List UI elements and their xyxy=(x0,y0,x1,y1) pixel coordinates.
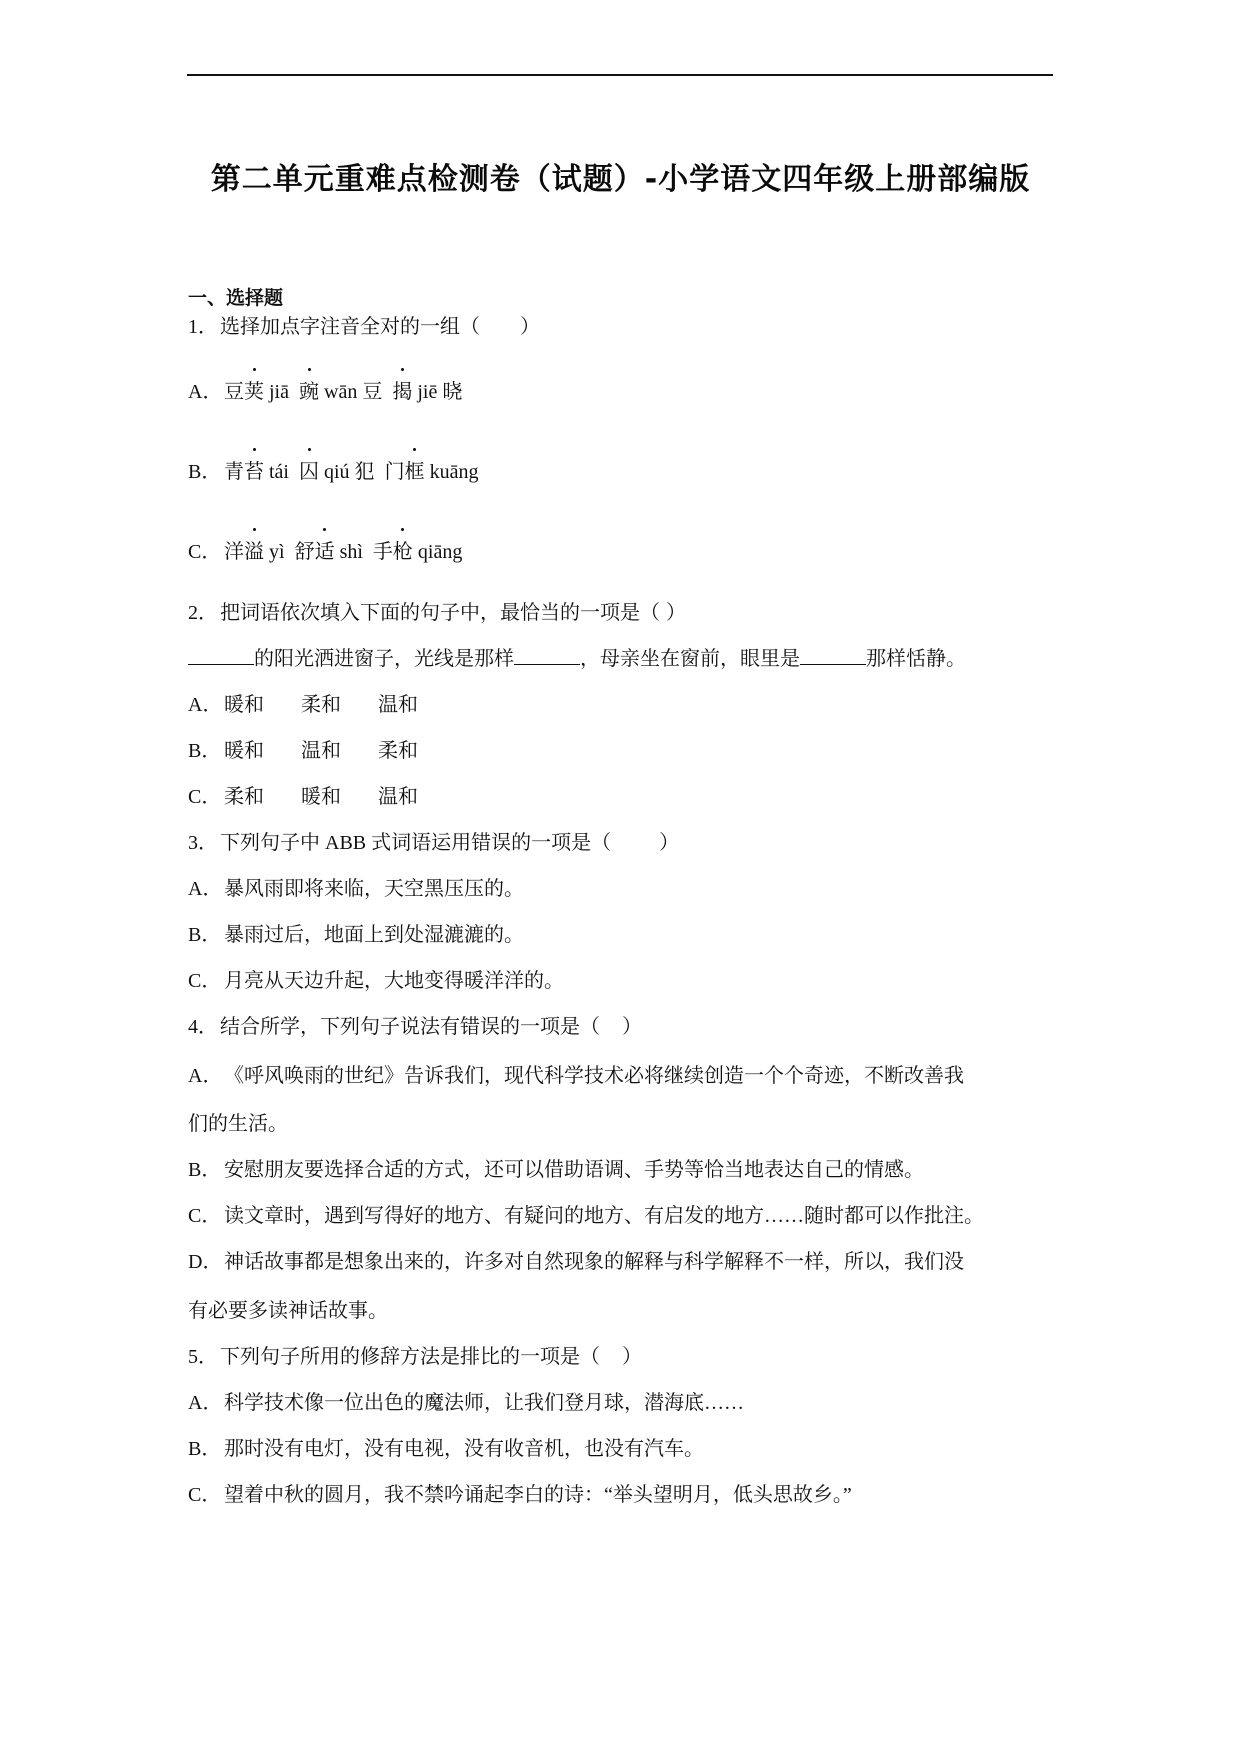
option-label: A． xyxy=(188,1389,224,1417)
option-label: C． xyxy=(188,1202,224,1230)
question-text: 下列句子所用的修辞方法是排比的一项是（ xyxy=(220,1346,600,1368)
question-3-option-c: C．月亮从天边升起，大地变得暖洋洋的。 xyxy=(188,967,564,995)
emphasis-dot-char: 囚 xyxy=(299,458,319,486)
option-label: A． xyxy=(188,875,224,903)
question-4-option-d: D．神话故事都是想象出来的，许多对自然现象的解释与科学解释不一样，所以，我们没 xyxy=(188,1248,964,1276)
option-label: B． xyxy=(188,1435,224,1463)
question-1-option-b: B．青苔 tái 囚 qiú 犯 门框 kuāng xyxy=(188,458,478,486)
question-1-option-c: C．洋溢 yì 舒适 shì 手枪 qiāng xyxy=(188,538,462,566)
question-5-stem: 5．下列句子所用的修辞方法是排比的一项是（） xyxy=(188,1343,642,1371)
question-number: 1． xyxy=(188,313,220,341)
question-2-option-a: A．暖和柔和温和 xyxy=(188,691,455,719)
question-4-option-a-continuation: 们的生活。 xyxy=(188,1110,288,1138)
question-1-stem: 1．选择加点字注音全对的一组（） xyxy=(188,313,540,341)
question-4-option-d-continuation: 有必要多读神话故事。 xyxy=(188,1297,388,1325)
emphasis-dot-char: 枪 xyxy=(393,538,413,566)
option-label: D． xyxy=(188,1248,224,1276)
option-label: A． xyxy=(188,378,224,406)
question-2-stem: 2．把词语依次填入下面的句子中，最恰当的一项是（） xyxy=(188,599,686,627)
fill-blank-1[interactable] xyxy=(188,646,254,665)
question-number: 2． xyxy=(188,599,220,627)
question-3-option-b: B．暴雨过后，地面上到处湿漉漉的。 xyxy=(188,921,524,949)
emphasis-dot-char: 溢 xyxy=(244,538,264,566)
question-text: 结合所学，下列句子说法有错误的一项是（ xyxy=(220,1016,600,1038)
question-3-option-a: A．暴风雨即将来临，天空黑压压的。 xyxy=(188,875,524,903)
question-4-stem: 4．结合所学，下列句子说法有错误的一项是（） xyxy=(188,1013,642,1041)
question-5-option-a: A．科学技术像一位出色的魔法师，让我们登月球，潜海底…… xyxy=(188,1389,744,1417)
question-2-sentence: 的阳光洒进窗子，光线是那样，母亲坐在窗前，眼里是那样恬静。 xyxy=(188,645,966,673)
question-text: 下列句子中 ABB 式词语运用错误的一项是（ xyxy=(220,832,611,854)
option-label: B． xyxy=(188,458,224,486)
option-label: B． xyxy=(188,737,224,765)
emphasis-dot-char: 框 xyxy=(405,458,425,486)
fill-blank-2[interactable] xyxy=(514,646,580,665)
option-label: B． xyxy=(188,921,224,949)
emphasis-dot-char: 揭 xyxy=(392,378,412,406)
emphasis-dot-char: 豌 xyxy=(299,378,319,406)
header-rule xyxy=(187,74,1053,76)
option-label: C． xyxy=(188,1481,224,1509)
option-label: A． xyxy=(188,691,224,719)
question-number: 3． xyxy=(188,829,220,857)
question-text: 选择加点字注音全对的一组（ xyxy=(220,316,480,338)
question-1-option-a: A．豆荚 jiā 豌 wān 豆 揭 jiē 晓 xyxy=(188,378,462,406)
option-label: A． xyxy=(188,1062,224,1090)
question-number: 5． xyxy=(188,1343,220,1371)
emphasis-dot-char: 荚 xyxy=(244,378,264,406)
section-heading: 一、选择题 xyxy=(188,285,283,311)
option-label: C． xyxy=(188,967,224,995)
question-4-option-b: B．安慰朋友要选择合适的方式，还可以借助语调、手势等恰当地表达自己的情感。 xyxy=(188,1156,924,1184)
question-text: 把词语依次填入下面的句子中，最恰当的一项是（ xyxy=(220,602,660,624)
question-4-option-c: C．读文章时，遇到写得好的地方、有疑问的地方、有启发的地方……随时都可以作批注。 xyxy=(188,1202,984,1230)
question-2-option-b: B．暖和温和柔和 xyxy=(188,737,455,765)
option-label: B． xyxy=(188,1156,224,1184)
option-label: C． xyxy=(188,783,224,811)
page-title: 第二单元重难点检测卷（试题）-小学语文四年级上册部编版 xyxy=(0,160,1241,200)
question-5-option-b: B．那时没有电灯，没有电视，没有收音机，也没有汽车。 xyxy=(188,1435,704,1463)
option-label: C． xyxy=(188,538,224,566)
question-number: 4． xyxy=(188,1013,220,1041)
emphasis-dot-char: 苔 xyxy=(244,458,264,486)
fill-blank-3[interactable] xyxy=(800,646,866,665)
question-5-option-c: C．望着中秋的圆月，我不禁吟诵起李白的诗：“举头望明月，低头思故乡。” xyxy=(188,1481,852,1509)
emphasis-dot-char: 适 xyxy=(315,538,335,566)
question-4-option-a: A．《呼风唤雨的世纪》告诉我们，现代科学技术必将继续创造一个个奇迹，不断改善我 xyxy=(188,1062,964,1090)
question-2-option-c: C．柔和暖和温和 xyxy=(188,783,455,811)
question-3-stem: 3．下列句子中 ABB 式词语运用错误的一项是（） xyxy=(188,829,679,857)
